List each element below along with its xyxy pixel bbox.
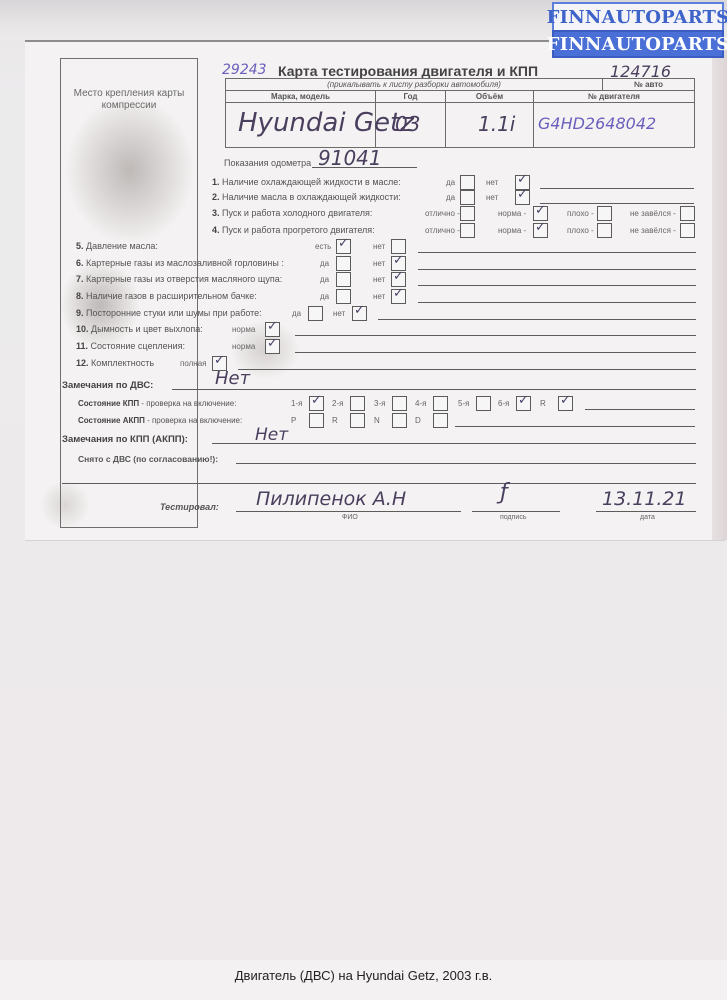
check-item-label: 12. Комплектность bbox=[76, 358, 154, 368]
option-label: да bbox=[320, 275, 329, 284]
image-caption: Двигатель (ДВС) на Hyundai Getz, 2003 г.… bbox=[0, 968, 727, 983]
auto-gearbox-sub: - проверка на включение: bbox=[145, 416, 242, 425]
option-label: отлично - bbox=[425, 226, 460, 235]
check-item-number: 7. bbox=[76, 274, 86, 284]
tested-label: Тестировал: bbox=[160, 502, 219, 512]
document-title: Карта тестирования двигателя и КПП bbox=[278, 63, 538, 79]
auto-no-label: № авто bbox=[603, 79, 695, 91]
gear-label: N bbox=[374, 416, 380, 425]
option-checkbox[interactable] bbox=[597, 223, 612, 238]
check-mark-icon: ✓ bbox=[393, 269, 404, 284]
gear-label: R bbox=[540, 399, 546, 408]
manual-gearbox-sub: - проверка на включение: bbox=[139, 399, 236, 408]
option-label: норма - bbox=[498, 226, 526, 235]
gear-label: D bbox=[415, 416, 421, 425]
option-label: норма - bbox=[498, 209, 526, 218]
auto-gearbox-line bbox=[455, 426, 695, 427]
check-mark-icon: ✓ bbox=[311, 393, 322, 408]
option-checkbox[interactable] bbox=[460, 175, 475, 190]
option-label: да bbox=[446, 178, 455, 187]
gearbox-remarks-label: Замечания по КПП (АКПП): bbox=[62, 434, 188, 445]
option-checkbox[interactable] bbox=[680, 223, 695, 238]
col-engine-no: № двигателя bbox=[534, 91, 695, 103]
gear-checkbox[interactable]: ✓ bbox=[309, 396, 324, 411]
col-volume: Объём bbox=[446, 91, 534, 103]
check-item-text: Наличие охлаждающей жидкости в масле: bbox=[222, 177, 401, 187]
check-item-label: 2. Наличие масла в охлаждающей жидкости: bbox=[212, 192, 401, 202]
check-item-text: Картерные газы из отверстия масляного щу… bbox=[86, 274, 282, 284]
watermark-line-1: FINNAUTOPARTS bbox=[552, 2, 724, 30]
handwritten-id: 29243 bbox=[222, 62, 267, 78]
option-checkbox[interactable]: ✓ bbox=[533, 206, 548, 221]
check-item-number: 3. bbox=[212, 208, 222, 218]
notes-line bbox=[540, 188, 694, 189]
year-value: 03 bbox=[395, 112, 420, 136]
check-item-number: 10. bbox=[76, 324, 91, 334]
notes-line bbox=[418, 285, 696, 286]
check-item-number: 1. bbox=[212, 177, 222, 187]
gear-checkbox[interactable] bbox=[350, 396, 365, 411]
option-checkbox[interactable] bbox=[336, 272, 351, 287]
option-label: плохо - bbox=[567, 226, 594, 235]
check-item-number: 12. bbox=[76, 358, 91, 368]
notes-line bbox=[418, 269, 696, 270]
paper-edge bbox=[712, 40, 727, 540]
engine-remarks-label: Замечания по ДВС: bbox=[62, 380, 153, 391]
gear-label: P bbox=[291, 416, 296, 425]
option-label: нет bbox=[373, 275, 385, 284]
option-label: да bbox=[292, 309, 301, 318]
separator-line bbox=[62, 483, 696, 484]
option-label: да bbox=[320, 259, 329, 268]
odometer-label: Показания одометра bbox=[224, 158, 311, 168]
engine-remarks-value: Нет bbox=[215, 368, 250, 389]
date-caption: дата bbox=[640, 514, 655, 521]
option-label: нет bbox=[373, 259, 385, 268]
option-checkbox[interactable]: ✓ bbox=[265, 322, 280, 337]
finnautoparts-watermark: FINNAUTOPARTS FINNAUTOPARTS bbox=[552, 2, 724, 60]
option-checkbox[interactable]: ✓ bbox=[391, 289, 406, 304]
watermark-line-2: FINNAUTOPARTS bbox=[552, 30, 724, 58]
option-checkbox[interactable]: ✓ bbox=[265, 339, 280, 354]
gear-checkbox[interactable]: ✓ bbox=[558, 396, 573, 411]
check-item-number: 5. bbox=[76, 241, 86, 251]
check-mark-icon: ✓ bbox=[354, 303, 365, 318]
check-item-number: 8. bbox=[76, 291, 86, 301]
gear-checkbox[interactable] bbox=[309, 413, 324, 428]
check-mark-icon: ✓ bbox=[267, 319, 278, 334]
option-label: нет bbox=[373, 292, 385, 301]
auto-gearbox-label: Состояние АКПП bbox=[78, 416, 145, 425]
option-checkbox[interactable]: ✓ bbox=[336, 239, 351, 254]
option-checkbox[interactable] bbox=[460, 223, 475, 238]
option-label: плохо - bbox=[567, 209, 594, 218]
gear-label: 4-я bbox=[415, 399, 426, 408]
removed-line bbox=[236, 463, 696, 464]
gear-label: 3-я bbox=[374, 399, 385, 408]
date-line bbox=[596, 511, 696, 512]
option-label: есть bbox=[315, 242, 331, 251]
gear-label: 1-я bbox=[291, 399, 302, 408]
check-item-label: 5. Давление масла: bbox=[76, 241, 158, 251]
check-item-label: 7. Картерные газы из отверстия масляного… bbox=[76, 274, 282, 284]
check-mark-icon: ✓ bbox=[518, 393, 529, 408]
notes-line bbox=[295, 335, 696, 336]
manual-gearbox-label: Состояние КПП bbox=[78, 399, 139, 408]
check-item-text: Комплектность bbox=[91, 358, 154, 368]
gear-checkbox[interactable] bbox=[392, 413, 407, 428]
check-item-label: 4. Пуск и работа прогретого двигателя: bbox=[212, 225, 375, 235]
notes-line bbox=[238, 369, 696, 370]
check-item-number: 4. bbox=[212, 225, 222, 235]
check-mark-icon: ✓ bbox=[214, 353, 225, 368]
option-label: да bbox=[320, 292, 329, 301]
notes-line bbox=[295, 352, 696, 353]
mount-area-label: Место крепления карты компрессии bbox=[62, 88, 196, 112]
check-item-label: 11. Состояние сцепления: bbox=[76, 341, 185, 351]
option-label: нет bbox=[373, 242, 385, 251]
check-item-label: 9. Посторонние стуки или шумы при работе… bbox=[76, 308, 262, 318]
gear-checkbox[interactable] bbox=[350, 413, 365, 428]
check-item-text: Давление масла: bbox=[86, 241, 158, 251]
gear-checkbox[interactable] bbox=[392, 396, 407, 411]
tester-name: Пилипенок А.Н bbox=[256, 488, 406, 510]
date-value: 13.11.21 bbox=[602, 488, 687, 510]
option-checkbox[interactable] bbox=[460, 206, 475, 221]
gear-label: R bbox=[332, 416, 338, 425]
notes-line bbox=[418, 252, 696, 253]
removed-label: Снято с ДВС (по согласованию!): bbox=[78, 454, 218, 464]
gear-checkbox[interactable] bbox=[476, 396, 491, 411]
signature-line bbox=[472, 511, 560, 512]
option-label: нет bbox=[333, 309, 345, 318]
manual-gearbox-line bbox=[585, 409, 695, 410]
check-item-text: Пуск и работа прогретого двигателя: bbox=[222, 225, 375, 235]
option-label: не завёлся - bbox=[630, 209, 676, 218]
option-label: нет bbox=[486, 178, 498, 187]
gear-label: 5-я bbox=[458, 399, 469, 408]
check-item-label: 6. Картерные газы из маслозаливной горло… bbox=[76, 258, 284, 268]
option-label: норма bbox=[232, 342, 255, 351]
check-mark-icon: ✓ bbox=[517, 187, 528, 202]
check-mark-icon: ✓ bbox=[338, 236, 349, 251]
option-checkbox[interactable] bbox=[391, 239, 406, 254]
option-label: отлично - bbox=[425, 209, 460, 218]
option-label: нет bbox=[486, 193, 498, 202]
check-mark-icon: ✓ bbox=[393, 253, 404, 268]
col-year: Год bbox=[376, 91, 446, 103]
check-item-label: 1. Наличие охлаждающей жидкости в масле: bbox=[212, 177, 401, 187]
gear-label: 2-я bbox=[332, 399, 343, 408]
option-label: норма bbox=[232, 325, 255, 334]
check-item-number: 9. bbox=[76, 308, 86, 318]
odometer-value: 91041 bbox=[318, 146, 382, 170]
check-item-text: Картерные газы из маслозаливной горловин… bbox=[86, 258, 284, 268]
option-label: да bbox=[446, 193, 455, 202]
check-item-text: Пуск и работа холодного двигателя: bbox=[222, 208, 372, 218]
check-mark-icon: ✓ bbox=[517, 172, 528, 187]
attach-note: (прикалывать к листу разборки автомобиля… bbox=[226, 79, 603, 91]
volume-value: 1.1i bbox=[478, 112, 515, 136]
check-item-label: 8. Наличие газов в расширительном бачке: bbox=[76, 291, 257, 301]
check-item-text: Наличие масла в охлаждающей жидкости: bbox=[222, 192, 401, 202]
check-mark-icon: ✓ bbox=[560, 393, 571, 408]
check-mark-icon: ✓ bbox=[393, 286, 404, 301]
option-checkbox[interactable] bbox=[336, 256, 351, 271]
notes-line bbox=[540, 203, 694, 204]
check-item-number: 2. bbox=[212, 192, 222, 202]
name-caption: ФИО bbox=[342, 514, 358, 521]
check-mark-icon: ✓ bbox=[267, 336, 278, 351]
option-checkbox[interactable]: ✓ bbox=[391, 272, 406, 287]
engine-remarks-line bbox=[172, 389, 696, 390]
option-checkbox[interactable]: ✓ bbox=[515, 190, 530, 205]
signature-caption: подпись bbox=[500, 514, 526, 521]
option-label: не завёлся - bbox=[630, 226, 676, 235]
check-item-text: Посторонние стуки или шумы при работе: bbox=[86, 308, 262, 318]
check-item-text: Состояние сцепления: bbox=[91, 341, 185, 351]
check-item-text: Наличие газов в расширительном бачке: bbox=[86, 291, 257, 301]
option-checkbox[interactable] bbox=[680, 206, 695, 221]
option-checkbox[interactable] bbox=[460, 190, 475, 205]
name-line bbox=[236, 511, 461, 512]
model-value: Hyundai Getz bbox=[238, 108, 414, 138]
option-checkbox[interactable] bbox=[308, 306, 323, 321]
check-item-label: 10. Дымность и цвет выхлопа: bbox=[76, 324, 203, 334]
gearbox-remarks-value: Нет bbox=[255, 425, 288, 445]
option-checkbox[interactable] bbox=[597, 206, 612, 221]
option-label: полная bbox=[180, 359, 206, 368]
option-checkbox[interactable]: ✓ bbox=[352, 306, 367, 321]
notes-line bbox=[378, 319, 696, 320]
option-checkbox[interactable]: ✓ bbox=[533, 223, 548, 238]
gear-checkbox[interactable] bbox=[433, 413, 448, 428]
gear-label: 6-я bbox=[498, 399, 509, 408]
signature: ƒ bbox=[500, 480, 508, 505]
col-model: Марка, модель bbox=[226, 91, 376, 103]
check-mark-icon: ✓ bbox=[535, 220, 546, 235]
check-item-number: 11. bbox=[76, 341, 91, 351]
check-item-text: Дымность и цвет выхлопа: bbox=[91, 324, 203, 334]
check-item-number: 6. bbox=[76, 258, 86, 268]
notes-line bbox=[418, 302, 696, 303]
gear-checkbox[interactable] bbox=[433, 396, 448, 411]
check-item-label: 3. Пуск и работа холодного двигателя: bbox=[212, 208, 372, 218]
check-mark-icon: ✓ bbox=[535, 203, 546, 218]
gear-checkbox[interactable]: ✓ bbox=[516, 396, 531, 411]
engine-no-value: G4HD2648042 bbox=[538, 114, 656, 133]
option-checkbox[interactable] bbox=[336, 289, 351, 304]
